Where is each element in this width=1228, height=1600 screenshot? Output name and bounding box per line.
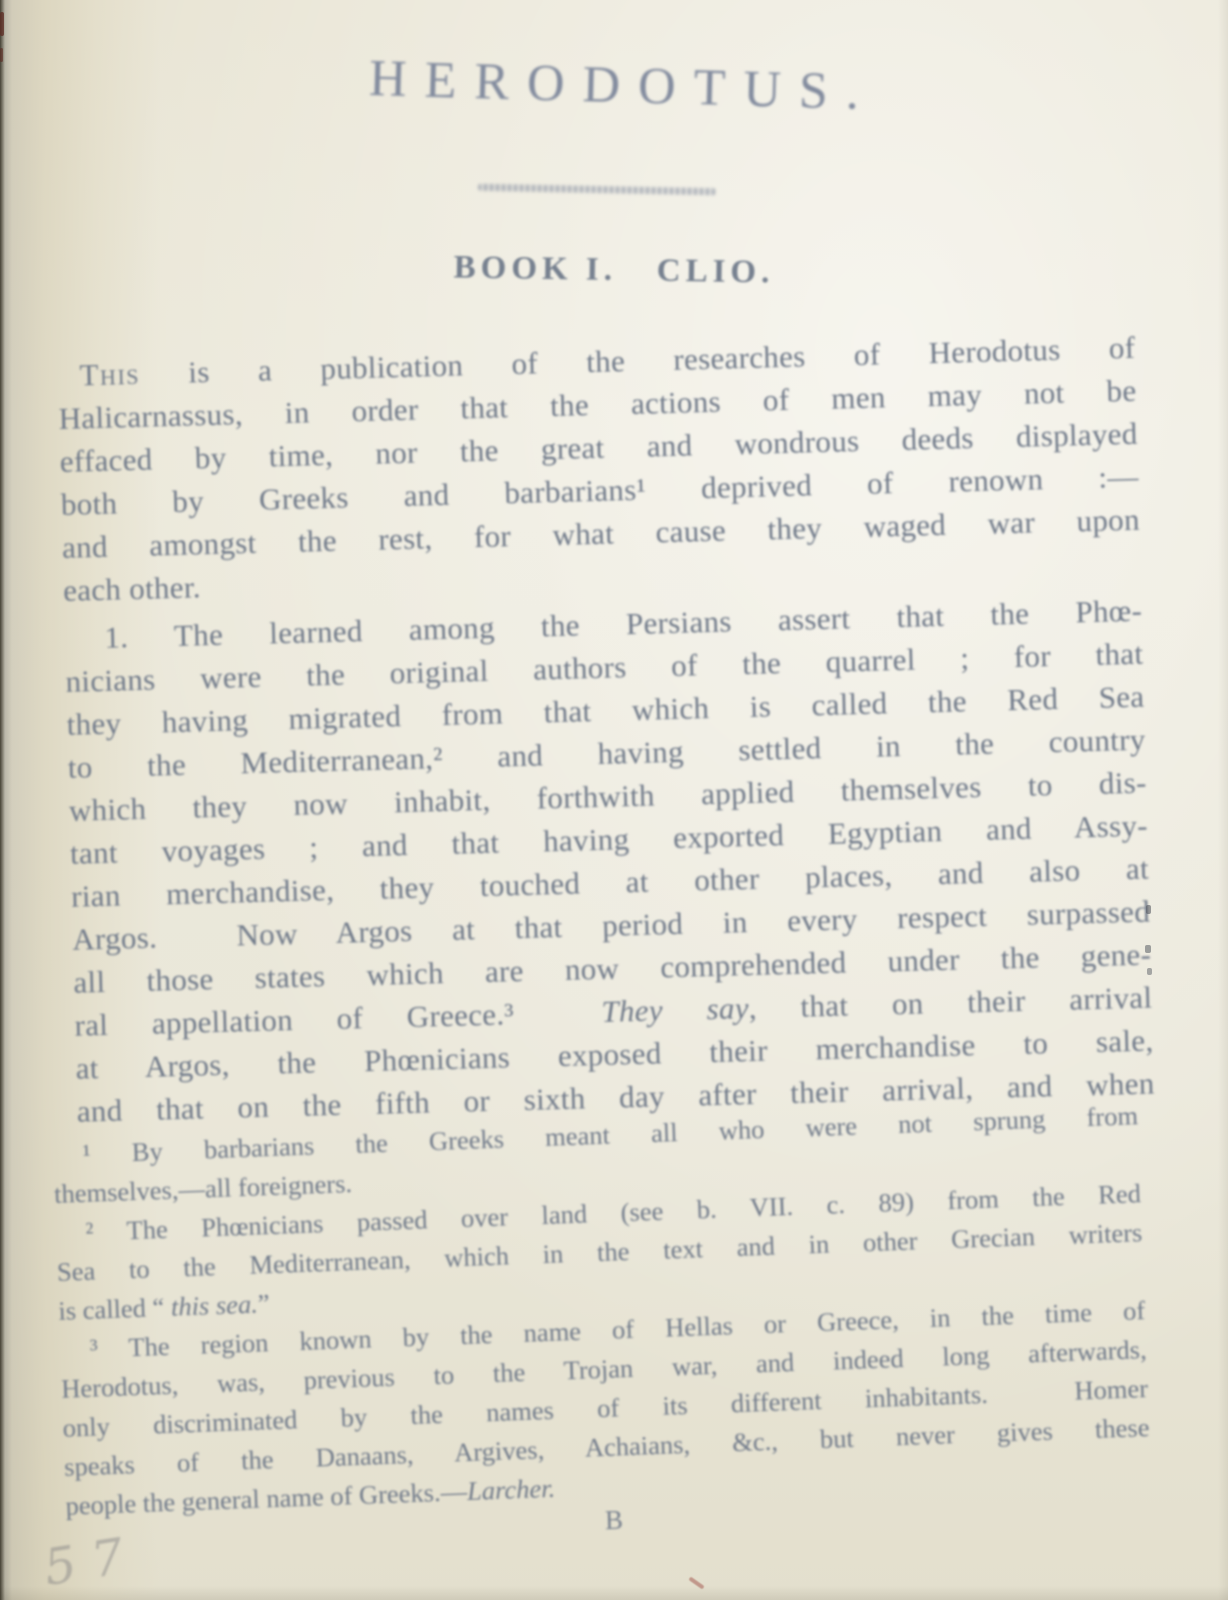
ink-speck [1145, 945, 1151, 953]
book-page-photo: HERODOTUS. BOOK I. CLIO. This is a publi… [0, 0, 1228, 1600]
italic-text: Larcher. [466, 1473, 555, 1506]
italic-text: They say [601, 990, 749, 1029]
italic-text: this sea. [170, 1289, 258, 1322]
small-caps-text: This [79, 356, 140, 393]
decorative-rule [478, 184, 716, 196]
section-1-paragraph: 1. The learned among the Persians assert… [64, 589, 1155, 1133]
page-edge-mark [0, 12, 4, 36]
red-ink-mark [688, 1576, 704, 1589]
footnotes-section: ¹ By barbarians the Greeks meant all who… [52, 1096, 1152, 1526]
page-title: HERODOTUS. [0, 39, 1228, 132]
body-text: This is a publication of the researches … [57, 326, 1155, 1133]
chapter-heading: BOOK I. CLIO. [0, 242, 1228, 298]
footnote-3: ³ The region known by the name of Hellas… [59, 1291, 1151, 1526]
opening-paragraph: This is a publication of the researches … [57, 326, 1141, 612]
ink-speck [1146, 905, 1151, 914]
page-edge-mark [0, 48, 3, 62]
ink-speck [1147, 968, 1152, 975]
